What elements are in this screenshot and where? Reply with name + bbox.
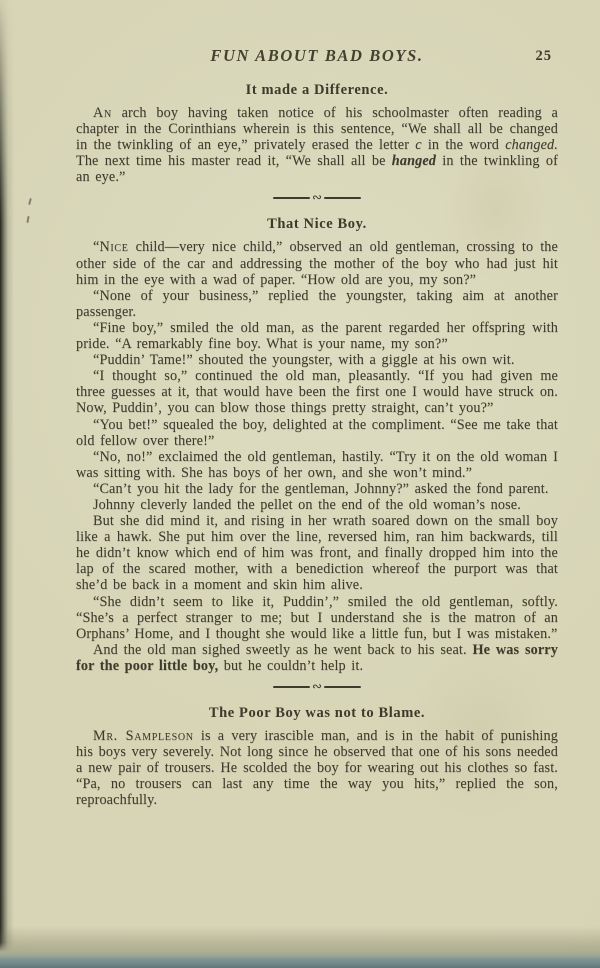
book-page-photo: FUN ABOUT BAD BOYS. 25 It made a Differe…	[0, 0, 600, 968]
text-segment: but he couldn’t help it.	[218, 658, 363, 674]
text-segment: Johnny cleverly landed the pellet on the…	[93, 497, 521, 513]
story-paragraph: “Fine boy,” smiled the old man, as the p…	[76, 320, 558, 352]
text-segment: “No, no!” exclaimed the old gentleman, h…	[76, 449, 558, 481]
story-title: The Poor Boy was not to Blame.	[76, 705, 558, 722]
text-segment: Nice	[99, 239, 128, 255]
story-paragraph: “None of your business,” replied the you…	[76, 288, 558, 320]
text-segment: child—very nice child,” observed an old …	[76, 239, 558, 287]
stories-container: It made a Difference.An arch boy having …	[76, 82, 558, 808]
story-paragraph: And the old man sighed sweetly as he wen…	[76, 642, 558, 674]
margin-mark	[28, 198, 32, 205]
page-number: 25	[536, 48, 553, 65]
story-paragraph: “No, no!” exclaimed the old gentleman, h…	[76, 449, 558, 481]
story-title: That Nice Boy.	[76, 216, 558, 233]
text-segment: But she did mind it, and rising in her w…	[76, 513, 558, 593]
story-paragraph: “Puddin’ Tame!” shouted the youngster, w…	[76, 352, 558, 368]
story-paragraph: But she did mind it, and rising in her w…	[76, 513, 558, 593]
text-segment: “You bet!” squealed the boy, delighted a…	[76, 417, 558, 449]
divider-ornament-icon: ∾	[312, 192, 322, 202]
section-divider: ∾	[76, 682, 558, 692]
story-paragraph: “She didn’t seem to like it, Puddin’,” s…	[76, 594, 558, 642]
divider-rule	[324, 686, 361, 688]
text-segment: An	[93, 105, 112, 121]
text-segment: changed.	[505, 137, 558, 153]
text-segment: Mr. Sampleson	[93, 728, 194, 744]
text-segment: “Puddin’ Tame!” shouted the youngster, w…	[93, 352, 515, 368]
text-segment: “I thought so,” continued the old man, p…	[76, 368, 558, 416]
text-segment: “Fine boy,” smiled the old man, as the p…	[76, 320, 558, 352]
text-segment: “Can’t you hit the lady for the gentlema…	[93, 481, 549, 497]
text-segment: And the old man sighed sweetly as he wen…	[93, 642, 472, 658]
divider-rule	[273, 686, 310, 688]
divider-rule	[273, 197, 310, 199]
divider-rule	[324, 197, 361, 199]
margin-mark	[26, 216, 29, 223]
story-paragraph: “You bet!” squealed the boy, delighted a…	[76, 417, 558, 449]
text-segment: in the word	[422, 137, 506, 153]
story-paragraph: “Nice child—very nice child,” observed a…	[76, 239, 558, 287]
gutter-shadow	[0, 0, 14, 954]
story-paragraph: “I thought so,” continued the old man, p…	[76, 368, 558, 416]
story-paragraph: Johnny cleverly landed the pellet on the…	[76, 497, 558, 513]
text-segment: “She didn’t seem to like it, Puddin’,” s…	[76, 594, 558, 642]
story-paragraph: An arch boy having taken notice of his s…	[76, 105, 558, 185]
page-content: FUN ABOUT BAD BOYS. 25 It made a Differe…	[76, 46, 558, 808]
text-segment: The next time his master read it, “We sh…	[76, 153, 392, 169]
text-segment: “None of your business,” replied the you…	[76, 288, 558, 320]
running-title: FUN ABOUT BAD BOYS.	[76, 46, 558, 66]
text-segment: hanged	[392, 153, 436, 169]
page-bottom-edge	[0, 926, 600, 968]
story-paragraph: “Can’t you hit the lady for the gentlema…	[76, 481, 558, 497]
story-paragraph: Mr. Sampleson is a very irascible man, a…	[76, 728, 558, 808]
divider-ornament-icon: ∾	[312, 681, 322, 691]
section-divider: ∾	[76, 193, 558, 203]
page-header: FUN ABOUT BAD BOYS. 25	[76, 46, 558, 70]
story-title: It made a Difference.	[76, 82, 558, 99]
